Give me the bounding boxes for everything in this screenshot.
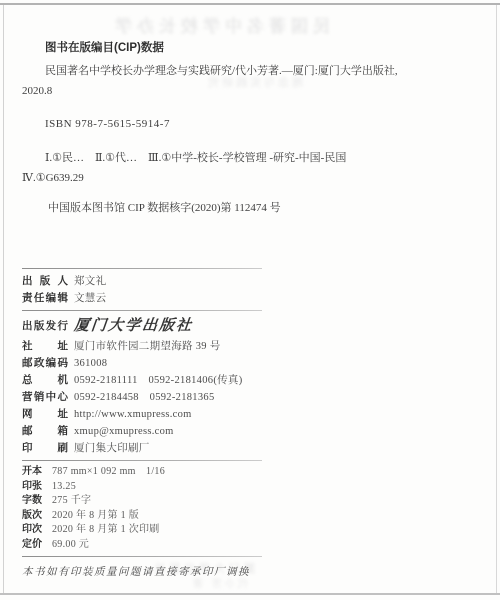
publisher-block: 出版发行 厦门大学出版社 社址 厦门市软件园二期望海路 39 号 邮政编码 36… [22,311,480,460]
price-row: 定价 69.00 元 [22,538,480,553]
row-value: 郑文礼 [74,274,106,290]
isbn-number: ISBN 978-7-5615-5914-7 [45,114,482,134]
cip-title: 图书在版编目(CIP)数据 [45,38,482,58]
page-edge-bottom [0,593,500,595]
postal-code-row: 邮政编码 361008 [22,355,480,372]
page-edge-left [3,5,4,593]
sheets-row: 印张 13.25 [22,480,480,495]
row-label: 印次 [22,523,45,538]
cip-record-number: 中国版本图书馆 CIP 数据核字(2020)第 112474 号 [48,198,482,218]
row-label: 出版人 [22,273,68,289]
row-label: 总机 [22,372,68,388]
email-row: 邮箱 xmup@xmupress.com [22,423,480,440]
website-row: 网址 http://www.xmupress.com [22,406,480,423]
row-value: 0592-2181111 0592-2181406(传真) [74,373,243,389]
page-edge-top [0,3,500,5]
row-label: 网址 [22,406,68,422]
print-spec-block: 开本 787 mm×1 092 mm 1/16 印张 13.25 字数 275 … [22,461,480,556]
row-value: http://www.xmupress.com [74,407,192,423]
row-value: 361008 [74,356,107,372]
divider [22,556,262,557]
address-row: 社址 厦门市软件园二期望海路 39 号 [22,338,480,355]
publisher-person-row: 出版人 郑文礼 [22,273,480,290]
row-value: 0592-2184458 0592-2181365 [74,390,215,406]
cip-description-line2: 2020.8 [22,81,482,101]
row-label: 营销中心 [22,389,68,405]
page-edge-right [496,5,497,593]
row-label: 版次 [22,509,45,524]
row-label: 出版发行 [22,318,68,334]
row-value: 69.00 元 [52,538,89,553]
row-label: 社址 [22,338,68,354]
publisher-logotype: 厦门大学出版社 [73,318,194,334]
row-label: 邮箱 [22,423,68,439]
format-row: 开本 787 mm×1 092 mm 1/16 [22,465,480,480]
publisher-row: 出版发行 厦门大学出版社 [22,314,480,338]
row-value: xmup@xmupress.com [74,424,174,440]
row-value: 275 千字 [52,494,91,509]
row-value: 厦门集大印刷厂 [74,441,150,457]
cip-classification-line1: Ⅰ.①民… Ⅱ.①代… Ⅲ.①中学-校长-学校管理 -研究-中国-民国 [45,148,482,168]
cip-description-line1: 民国著名中学校长办学理念与实践研究/代小芳著.—厦门:厦门大学出版社, [45,61,482,81]
cip-section: 图书在版编目(CIP)数据 民国著名中学校长办学理念与实践研究/代小芳著.—厦门… [22,38,482,218]
cip-classification-line2: Ⅳ.①G639.29 [22,168,482,188]
row-label: 字数 [22,494,45,509]
edition-row: 版次 2020 年 8 月第 1 版 [22,509,480,524]
row-value: 787 mm×1 092 mm 1/16 [52,465,165,480]
editor-row: 责任编辑 文慧云 [22,290,480,307]
row-label: 邮政编码 [22,355,68,371]
row-value: 2020 年 8 月第 1 版 [52,509,139,524]
row-label: 定价 [22,538,45,553]
word-count-row: 字数 275 千字 [22,494,480,509]
row-label: 印刷 [22,440,68,456]
book-copyright-page: 民国著名中学校长办学 理念与实践研究 厦门大学出版社 代小芳 著 图书在版编目(… [0,0,500,600]
row-label: 责任编辑 [22,290,68,306]
row-value: 文慧云 [74,291,106,307]
row-value: 2020 年 8 月第 1 次印刷 [52,523,160,538]
bleedthrough-text: 民国著名中学校长办学 [110,12,330,37]
impression-row: 印次 2020 年 8 月第 1 次印刷 [22,523,480,538]
printer-row: 印刷 厦门集大印刷厂 [22,440,480,457]
row-label: 开本 [22,465,45,480]
marketing-row: 营销中心 0592-2184458 0592-2181365 [22,389,480,406]
colophon-section: 出版人 郑文礼 责任编辑 文慧云 出版发行 厦门大学出版社 社址 厦门市软件园二… [22,268,480,579]
switchboard-row: 总机 0592-2181111 0592-2181406(传真) [22,372,480,389]
row-label: 印张 [22,480,45,495]
row-value: 厦门市软件园二期望海路 39 号 [74,339,221,355]
row-value: 13.25 [52,480,76,495]
quality-note: 本书如有印装质量问题请直接寄承印厂调换 [22,564,480,579]
staff-block: 出版人 郑文礼 责任编辑 文慧云 [22,269,480,310]
